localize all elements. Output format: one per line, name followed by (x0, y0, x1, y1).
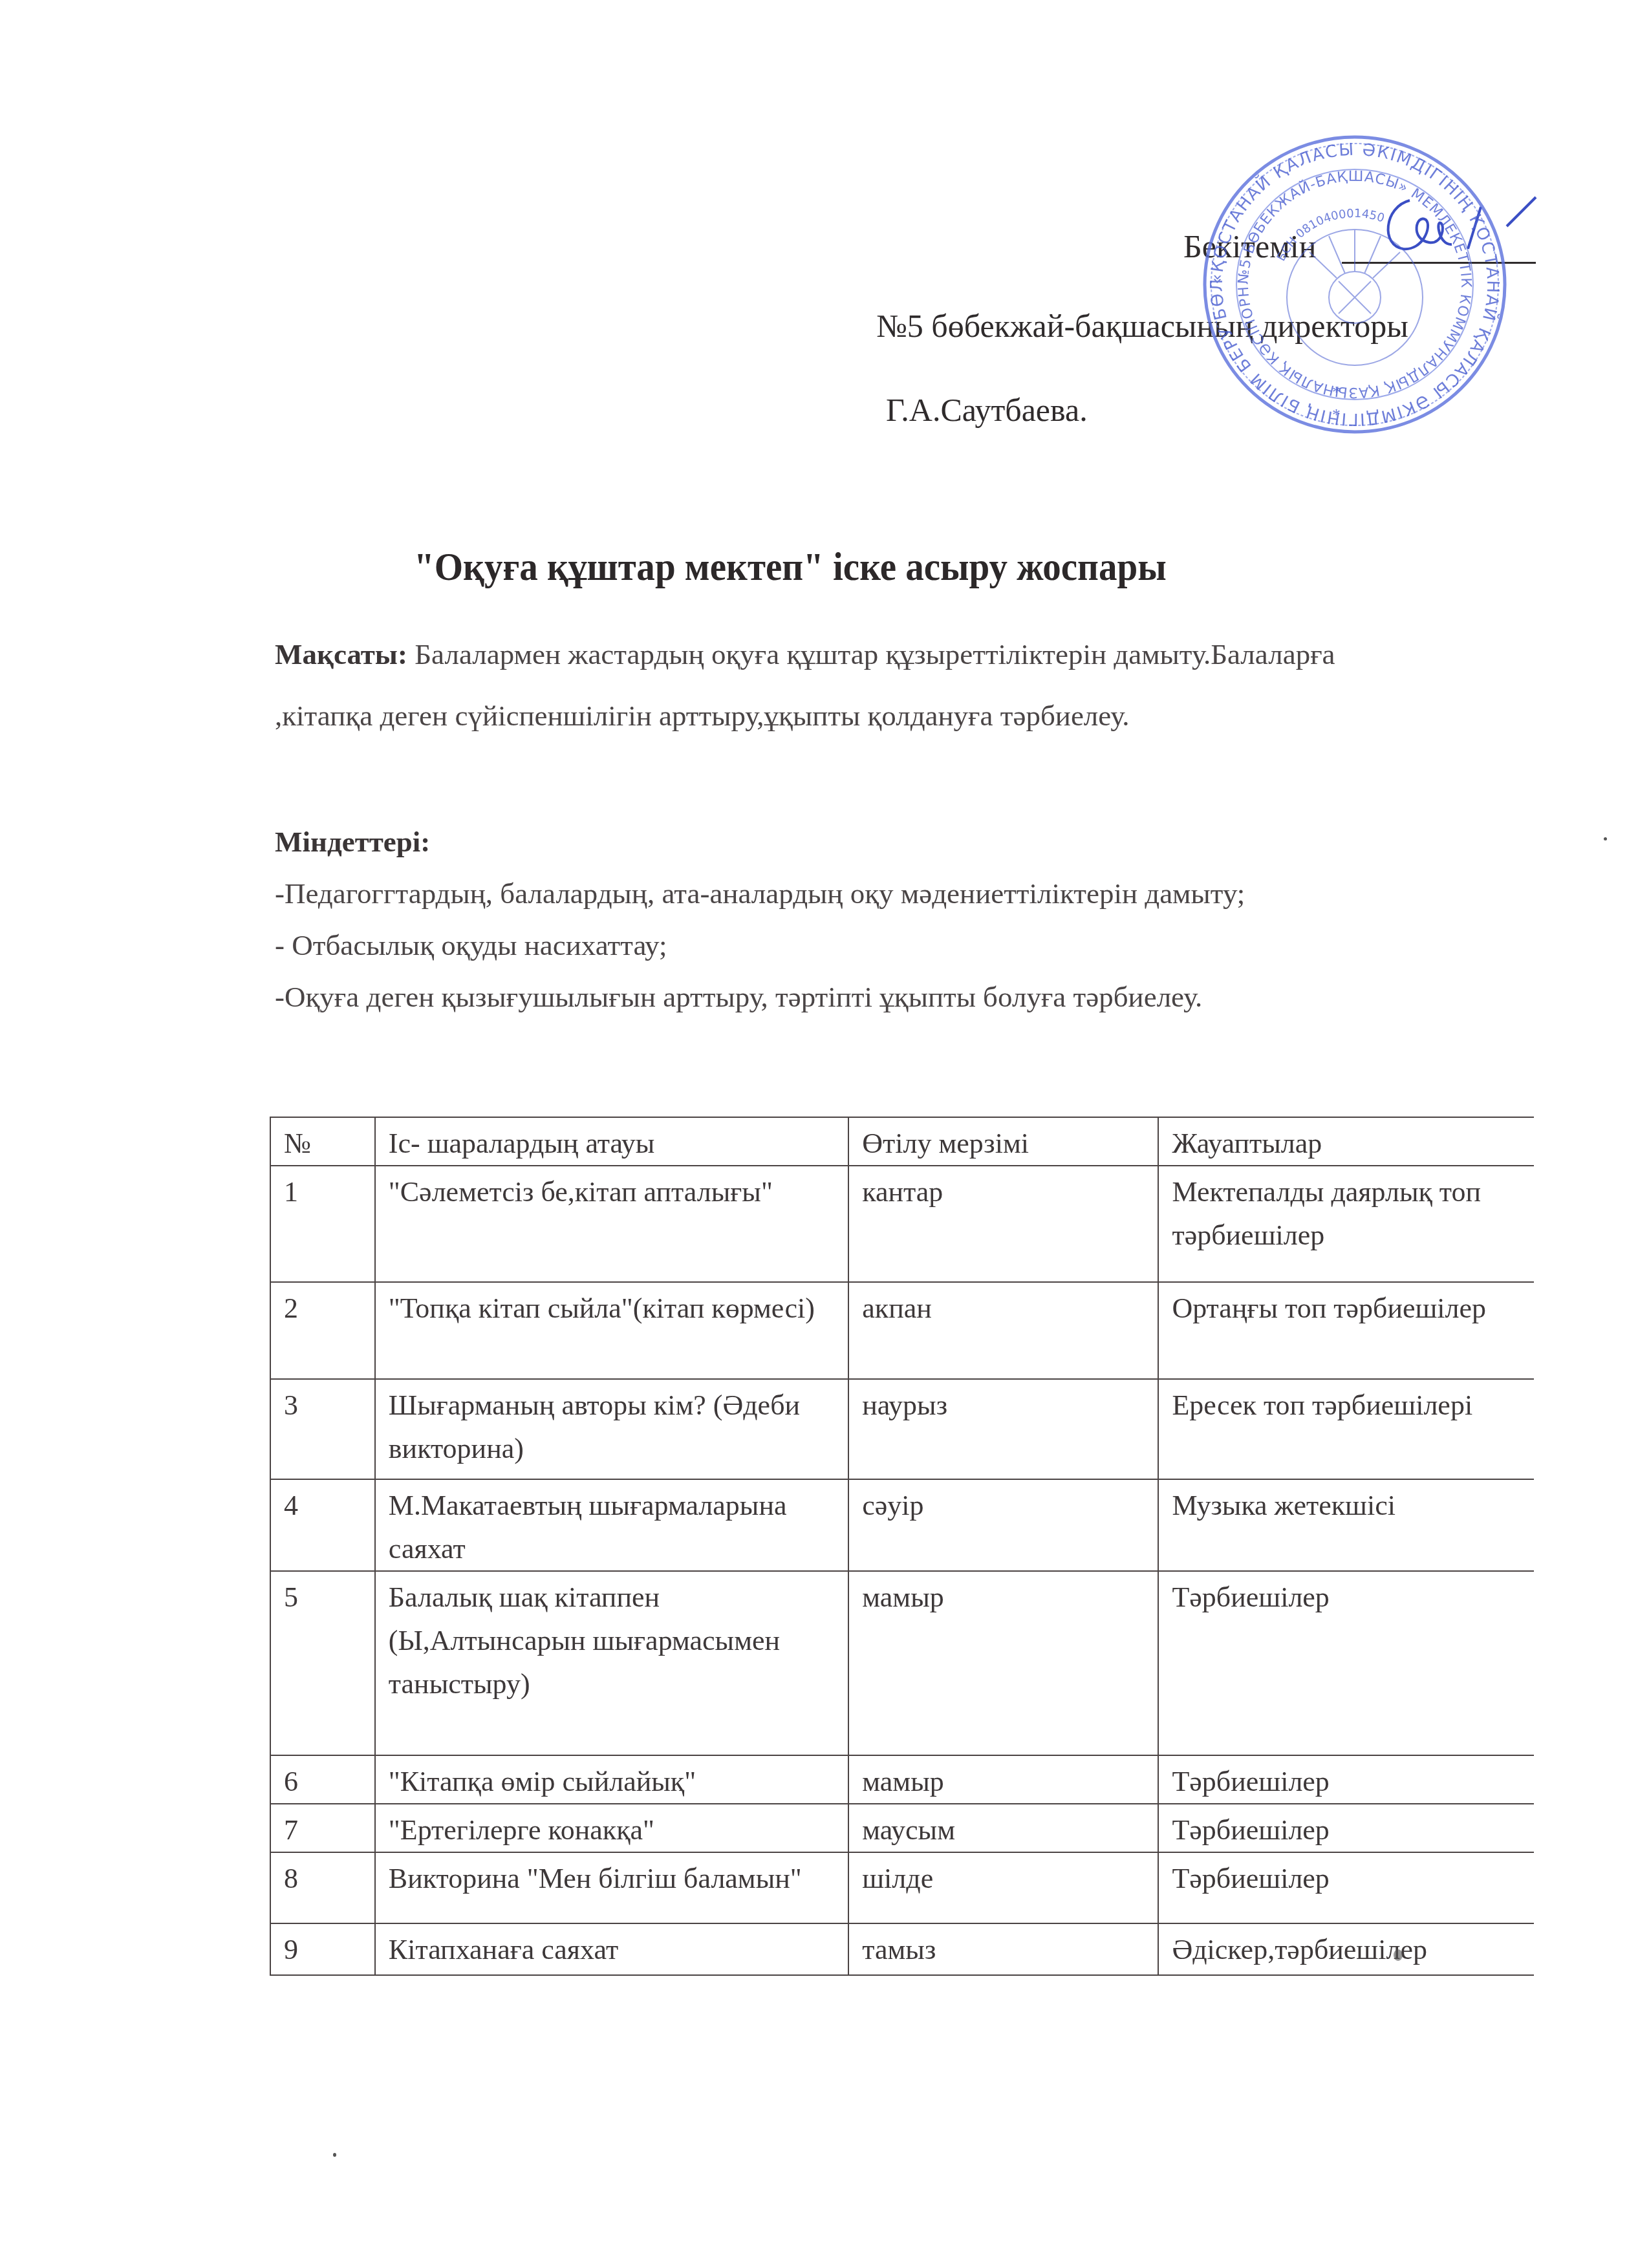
task-item: -Педагоггтардың, балалардың, ата-аналард… (275, 868, 1413, 919)
event-period: сәуір (848, 1479, 1158, 1571)
row-number: 8 (270, 1852, 375, 1923)
event-period: маусым (848, 1804, 1158, 1852)
scan-speck (1394, 1949, 1403, 1961)
header-number: № (270, 1117, 375, 1166)
scan-speck (333, 2153, 336, 2157)
row-number: 2 (270, 1282, 375, 1379)
tasks-section: Міндеттері: -Педагоггтардың, балалардың,… (275, 816, 1413, 1023)
event-period: кантар (848, 1166, 1158, 1282)
table-row: 8Викторина "Мен білгіш баламын"шілдеТәрб… (270, 1852, 1534, 1923)
table-row: 9Кітапханаға саяхаттамызӘдіскер,тәрбиеші… (270, 1923, 1534, 1975)
responsible-persons: Әдіскер,тәрбиешілер (1158, 1923, 1534, 1975)
row-number: 9 (270, 1923, 375, 1975)
row-number: 5 (270, 1571, 375, 1755)
scan-speck (1604, 837, 1607, 840)
stamp-star-icon: * (1332, 405, 1341, 424)
tasks-label: Міндеттері: (275, 816, 1413, 868)
responsible-persons: Мектепалды даярлық топ тәрбиешілер (1158, 1166, 1534, 1282)
event-name: Шығарманың авторы кім? (Әдеби викторина) (375, 1379, 848, 1479)
svg-text:БСН 081040001450: БСН 081040001450 (1275, 207, 1386, 263)
table-row: 7"Ертегілерге конакқа"маусымТәрбиешілер (270, 1804, 1534, 1852)
stamp-bsn: БСН 081040001450 (1275, 207, 1386, 263)
header-responsible: Жауаптылар (1158, 1117, 1534, 1166)
event-name: "Топқа кітап сыйла"(кітап көрмесі) (375, 1282, 848, 1379)
row-number: 6 (270, 1755, 375, 1804)
responsible-persons: Тәрбиешілер (1158, 1804, 1534, 1852)
responsible-persons: Тәрбиешілер (1158, 1571, 1534, 1755)
table-row: 6"Кітапқа өмір сыйлайық"мамырТәрбиешілер (270, 1755, 1534, 1804)
official-stamp: «ҚОСТАНАЙ ҚАЛАСЫ ӘКІМДІГІНІҢ ҚОСТАНАЙ ҚА… (1200, 133, 1510, 436)
goal-text: Балалармен жастардың оқуға құштар құзыре… (275, 638, 1335, 732)
table-header-row: № Іс- шаралардың атауы Өтілу мерзімі Жау… (270, 1117, 1534, 1166)
row-number: 3 (270, 1379, 375, 1479)
goal-paragraph: Мақсаты: Балалармен жастардың оқуға құшт… (275, 624, 1413, 747)
event-name: Кітапханаға саяхат (375, 1923, 848, 1975)
event-period: наурыз (848, 1379, 1158, 1479)
table-row: 5Балалық шақ кітаппен (Ы,Алтынсарын шыға… (270, 1571, 1534, 1755)
event-name: "Кітапқа өмір сыйлайық" (375, 1755, 848, 1804)
task-item: -Оқуға деген қызығушылығын арттыру, тәрт… (275, 971, 1413, 1023)
goal-label: Мақсаты: (275, 638, 407, 670)
header-event: Іс- шаралардың атауы (375, 1117, 848, 1166)
event-name: Балалық шақ кітаппен (Ы,Алтынсарын шығар… (375, 1571, 848, 1755)
table-row: 4М.Макатаевтың шығармаларына саяхатсәуір… (270, 1479, 1534, 1571)
event-name: М.Макатаевтың шығармаларына саяхат (375, 1479, 848, 1571)
event-period: мамыр (848, 1755, 1158, 1804)
stamp-star-icon: * (1332, 383, 1341, 401)
event-period: акпан (848, 1282, 1158, 1379)
task-item: - Отбасылық оқуды насихаттау; (275, 919, 1413, 971)
director-name: Г.А.Саутбаева. (886, 391, 1088, 429)
event-name: "Ертегілерге конакқа" (375, 1804, 848, 1852)
row-number: 7 (270, 1804, 375, 1852)
plan-table: № Іс- шаралардың атауы Өтілу мерзімі Жау… (270, 1117, 1534, 1976)
event-period: мамыр (848, 1571, 1158, 1755)
event-period: шілде (848, 1852, 1158, 1923)
responsible-persons: Ересек топ тәрбиешілері (1158, 1379, 1534, 1479)
emblem-icon (1287, 230, 1423, 365)
table-row: 3Шығарманың авторы кім? (Әдеби викторина… (270, 1379, 1534, 1479)
responsible-persons: Музыка жетекшісі (1158, 1479, 1534, 1571)
document-title: "Оқуға құштар мектеп" іске асыру жоспары (414, 544, 1167, 590)
event-name: "Сәлеметсіз бе,кітап апталығы" (375, 1166, 848, 1282)
responsible-persons: Ортаңғы топ тәрбиешілер (1158, 1282, 1534, 1379)
header-period: Өтілу мерзімі (848, 1117, 1158, 1166)
row-number: 4 (270, 1479, 375, 1571)
event-period: тамыз (848, 1923, 1158, 1975)
table-row: 1"Сәлеметсіз бе,кітап апталығы"кантарМек… (270, 1166, 1534, 1282)
responsible-persons: Тәрбиешілер (1158, 1755, 1534, 1804)
responsible-persons: Тәрбиешілер (1158, 1852, 1534, 1923)
row-number: 1 (270, 1166, 375, 1282)
event-name: Викторина "Мен білгіш баламын" (375, 1852, 848, 1923)
table-row: 2"Топқа кітап сыйла"(кітап көрмесі)акпан… (270, 1282, 1534, 1379)
